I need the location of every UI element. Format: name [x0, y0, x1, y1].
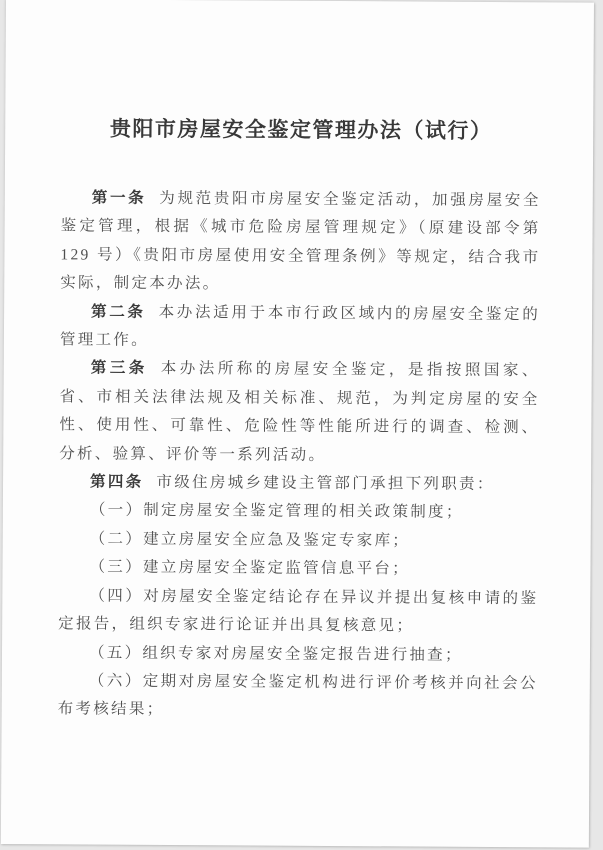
paragraph-item-4: （四）对房屋安全鉴定结论存在异议并提出复核申请的鉴定报告，组织专家进行论证并出具… [58, 582, 538, 642]
paragraph-text: （二）建立房屋安全应急及鉴定专家库； [90, 530, 411, 549]
paragraph-text: （五）组织专家对房屋安全鉴定报告进行抽查； [89, 644, 463, 663]
paragraph-item-5: （五）组织专家对房屋安全鉴定报告进行抽查； [58, 639, 538, 670]
article-label: 第一条 [92, 190, 147, 207]
paragraph-article-2: 第二条本办法适用于本市行政区域内的房屋安全鉴定的管理工作。 [60, 298, 540, 358]
paragraph-article-4: 第四条市级住房城乡建设主管部门承担下列职责： [59, 468, 539, 499]
paragraph-item-1: （一）制定房屋安全鉴定管理的相关政策制度； [59, 497, 539, 528]
paragraph-item-6: （六）定期对房屋安全鉴定机构进行评价考核并向社会公布考核结果； [58, 667, 538, 727]
paragraph-text: （一）制定房屋安全鉴定管理的相关政策制度； [90, 502, 464, 521]
article-label: 第四条 [90, 474, 144, 491]
paragraph-item-2: （二）建立房屋安全应急及鉴定专家库； [59, 525, 539, 556]
document-title: 贵阳市房屋安全鉴定管理办法（试行） [61, 115, 541, 145]
paragraph-text: 市级住房城乡建设主管部门承担下列职责： [156, 474, 494, 493]
paragraph-text: （三）建立房屋安全鉴定监管信息平台； [89, 559, 410, 578]
article-label: 第三条 [91, 360, 148, 377]
paragraph-text: （六）定期对房屋安全鉴定机构进行评价考核并向社会公布考核结果； [58, 672, 538, 718]
scanned-document-page: 贵阳市房屋安全鉴定管理办法（试行） 第一条为规范贵阳市房屋安全鉴定活动，加强房屋… [1, 0, 594, 848]
paragraph-text: （四）对房屋安全鉴定结论存在异议并提出复核申请的鉴定报告，组织专家进行论证并出具… [58, 587, 538, 634]
paragraph-article-3: 第三条本办法所称的房屋安全鉴定，是指按照国家、省、市相关法律法规及相关标准、规范… [59, 355, 540, 472]
document-body: 贵阳市房屋安全鉴定管理办法（试行） 第一条为规范贵阳市房屋安全鉴定活动，加强房屋… [58, 115, 542, 727]
article-label: 第二条 [91, 303, 146, 320]
paragraph-article-1: 第一条为规范贵阳市房屋安全鉴定活动，加强房屋安全鉴定管理，根据《城市危险房屋管理… [60, 184, 541, 301]
paragraph-item-3: （三）建立房屋安全鉴定监管信息平台； [58, 554, 538, 585]
